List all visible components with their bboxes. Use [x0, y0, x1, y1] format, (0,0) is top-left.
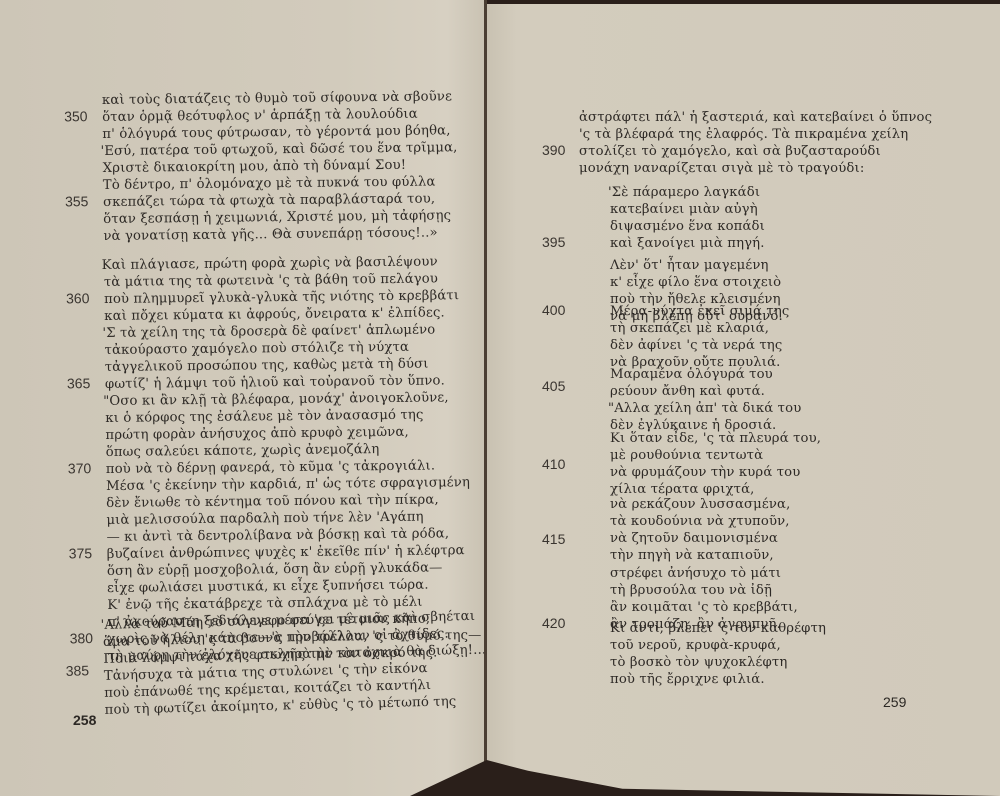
line-number: 370 — [68, 460, 92, 476]
verse-line: "Αλλα χείλη ἀπ' τὰ δικά του — [608, 400, 801, 417]
verse-line: τὴν πηγὴ νὰ καταπιοῦν, — [610, 547, 774, 564]
line-number: 385 — [66, 662, 90, 679]
verse-line: καὶ ξανοίγει μιὰ πηγή. — [610, 235, 765, 252]
verse-line: τὴ σκεπάζει μὲ κλαριά, — [610, 320, 769, 337]
verse-line: τοῦ νεροῦ, κρυφὰ-κρυφά, — [610, 637, 781, 654]
verse-line: ποὺ τῆς ἔρριχνε φιλιά. — [610, 671, 765, 688]
line-number: 365 — [67, 375, 91, 391]
verse-line: διψασμένο ἕνα κοπάδι — [610, 218, 765, 235]
verse-line: μὲ ρουθούνια τεντωτὰ — [610, 447, 763, 464]
line-number: 390 — [542, 142, 565, 158]
line-number: 395 — [542, 234, 565, 250]
verse-line: στρέφει ἀνήσυχο τὸ μάτι — [610, 565, 781, 582]
verse-line: Κι ὅταν εἶδε, 'ς τὰ πλευρά του, — [610, 430, 821, 447]
line-number: 405 — [542, 378, 565, 394]
verse-line: 'Σὲ πάραμερο λαγκάδι — [608, 184, 760, 201]
line-number: 375 — [69, 545, 93, 561]
right-page: ἀστράφτει πάλ' ἡ ξαστεριά, καὶ κατεβαίνε… — [486, 4, 1000, 796]
verse-line: νὰ ρεκάζουν λυσσασμένα, — [610, 496, 790, 513]
line-number: 355 — [65, 193, 89, 209]
verse-line: κ' εἶχε φίλο ἕνα στοιχειὸ — [610, 274, 781, 291]
verse-line: ρεύουν ἄνθη καὶ φυτά. — [610, 383, 765, 400]
verse-line: δὲν ἀφίνει 'ς τὰ νερά της — [610, 337, 782, 354]
verse-line: ἀστράφτει πάλ' ἡ ξαστεριά, καὶ κατεβαίνε… — [579, 109, 932, 126]
line-number: 350 — [64, 108, 88, 124]
page-number: 258 — [73, 712, 96, 728]
verse-line: τὰ κουδούνια νὰ χτυποῦν, — [610, 513, 790, 530]
line-number: 410 — [542, 456, 565, 472]
line-number: 360 — [66, 290, 90, 306]
line-number: 415 — [542, 531, 565, 547]
book-gutter — [484, 0, 487, 796]
verse-line: Μαραμένα ὁλόγυρά του — [610, 366, 773, 383]
verse-line: Λὲν' ὅτ' ἦταν μαγεμένη — [610, 257, 769, 274]
line-number: 400 — [542, 302, 565, 318]
verse-line: 'ς τὰ βλέφαρά της ἐλαφρός. Τὰ πικραμένα … — [579, 126, 908, 143]
verse-line: στολίζει τὸ χαμόγελο, καὶ σὰ βυζασταρούδ… — [579, 143, 881, 160]
verse-line: τὴ βρυσούλα του νὰ ἰδῇ — [610, 582, 772, 599]
verse-line: νὰ φρυμάζουν τὴν κυρά του — [610, 464, 800, 481]
verse-line: κατεβαίνει μιὰν αὐγὴ — [610, 201, 758, 218]
verse-line: ἂν κοιμᾶται 'ς τὸ κρεββάτι, — [610, 599, 798, 616]
verse-line: τὸ βοσκὸ τὸν ψυχοκλέφτη — [610, 654, 787, 671]
verse-line: Κι ἀντί, βλέπει 'ς τὸν καθρέφτη — [610, 620, 826, 637]
left-page: καὶ τοὺς διατάζεις τὸ θυμὸ τοῦ σίφουνα ν… — [0, 0, 486, 796]
verse-line: νὰ γονατίσῃ κατὰ γῆς... Θὰ συνεπάρῃ τόσο… — [103, 224, 437, 245]
verse-line: νὰ ζητοῦν δαιμονισμένα — [610, 530, 778, 547]
line-number: 380 — [70, 630, 94, 646]
line-number: 420 — [542, 615, 565, 631]
page-number: 259 — [883, 694, 906, 710]
verse-line: μονάχη ναναρίζεται σιγὰ μὲ τὸ τραγούδι: — [579, 160, 864, 177]
verse-line: Μέρα-νύχτα ἐκεῖ σιμά της — [610, 303, 789, 320]
